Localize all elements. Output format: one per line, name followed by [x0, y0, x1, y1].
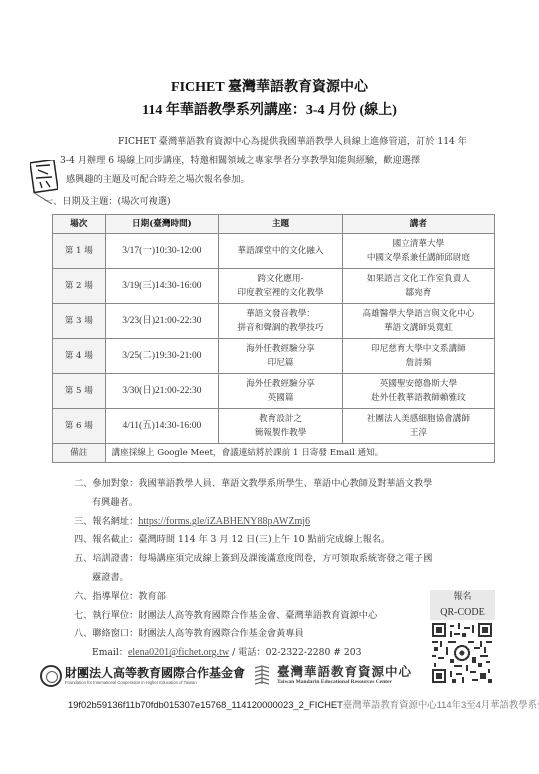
topic-cell: 華語文發音教學：拼音和聲調的教學技巧	[219, 304, 343, 339]
speaker-line: 如果語言文化工作室負責人	[345, 272, 492, 286]
col-header-date: 日期(臺灣時間)	[105, 215, 219, 234]
qr-label-line1: 報名	[430, 590, 495, 605]
speaker-line: 國立清華大學	[345, 237, 492, 251]
session-cell: 第 2 場	[53, 269, 106, 304]
note-row: 備註 講座採線上 Google Meet，會議連結將於課前 1 日寄發 Emai…	[53, 444, 495, 463]
session-cell: 第 5 場	[53, 374, 106, 409]
document-title: FICHET 臺灣華語教育資源中心	[0, 76, 539, 96]
speaker-line: 赴外任教華語教師賴雅玟	[345, 391, 492, 405]
topic-cell: 教育設計之簡報製作教學	[219, 409, 343, 444]
speaker-cell: 英國聖安德魯斯大學赴外任教華語教師賴雅玟	[342, 374, 494, 409]
topic-line: 教育設計之	[221, 412, 340, 426]
file-name-cjk: 臺灣華語教育資源中心114年3至4月華語教學系列	[343, 699, 539, 710]
topic-line: 海外任教經驗分享	[221, 342, 340, 356]
speaker-line: 鄒宛育	[345, 286, 492, 300]
email-label: Email：	[92, 647, 128, 658]
session-cell: 第 3 場	[53, 304, 106, 339]
speaker-cell: 高雄醫學大學語言與文化中心華語文講師吳寬虹	[342, 304, 494, 339]
info-participants: 二、參加對象：我國華語教學人員、華語文教學系所學生、華語中心教師及對華語文教學	[74, 475, 504, 494]
col-header-speaker: 講者	[342, 215, 494, 234]
speaker-line: 王淳	[345, 426, 492, 440]
phone-text: / 電話：02-2322-2280 # 203	[229, 647, 361, 658]
intro-line-2: 3-4 月辦理 6 場線上同步講座，特邀相關領域之專家學者分享教學知能與經驗，歡…	[60, 151, 485, 170]
speaker-cell: 如果語言文化工作室負責人鄒宛育	[342, 269, 494, 304]
speaker-cell: 印尼慈育大學中文系講師詹詩頻	[342, 339, 494, 374]
table-row: 第 3 場 3/23(日)21:00-22:30 華語文發音教學：拼音和聲調的教…	[53, 304, 495, 339]
col-header-topic: 主題	[219, 215, 343, 234]
speaker-line: 華語文講師吳寬虹	[345, 321, 492, 335]
topic-cell: 華語課堂中的文化融入	[219, 234, 343, 269]
info-certificate-cont: 靈證書。	[74, 569, 504, 588]
fichet-seal-icon	[40, 665, 62, 687]
qr-label-line2: QR-CODE	[430, 605, 495, 620]
note-text: 講座採線上 Google Meet，會議連結將於課前 1 日寄發 Email 通…	[105, 444, 494, 463]
session-cell: 第 6 場	[53, 409, 106, 444]
file-name-footer: 19f02b59136f11b70fdb015307e15768_1141200…	[68, 697, 539, 711]
session-cell: 第 4 場	[53, 339, 106, 374]
topic-cell: 海外任教經驗分享印尼篇	[219, 339, 343, 374]
intro-line-3: 感興趣的主題及可配合時差之場次報名參加。	[60, 170, 485, 189]
registration-url-label: 三、報名網址：	[74, 516, 138, 527]
table-row: 第 5 場 3/30(日)21:00-22:30 海外任教經驗分享英國篇 英國聖…	[53, 374, 495, 409]
document-subtitle: 114 年華語教學系列講座：3-4 月份 (線上)	[0, 99, 539, 119]
topic-line: 簡報製作教學	[221, 426, 340, 440]
topic-cell: 海外任教經驗分享英國篇	[219, 374, 343, 409]
tmerc-book-icon	[253, 664, 271, 686]
schedule-table: 場次 日期(臺灣時間) 主題 講者 第 1 場 3/17(一)10:30-12:…	[52, 214, 495, 463]
topic-line: 海外任教經驗分享	[221, 377, 340, 391]
topic-line: 跨文化應用-	[221, 272, 340, 286]
email-link[interactable]: elena0201@fichet.org.tw	[128, 647, 229, 658]
speaker-line: 高雄醫學大學語言與文化中心	[345, 307, 492, 321]
fichet-logo: 財團法人高等教育國際合作基金會 Foundation for Internati…	[40, 665, 245, 687]
tmerc-logo: 臺灣華語教育資源中心 Taiwan Mandarin Educational R…	[253, 664, 412, 686]
info-participants-cont: 有興趣者。	[74, 494, 504, 513]
date-cell: 4/11(五)14:30-16:00	[105, 409, 219, 444]
intro-line-1: FICHET 臺灣華語教育資源中心為提供我國華語教學人員線上進修管道，訂於 11…	[60, 132, 485, 151]
note-label: 備註	[53, 444, 106, 463]
session-cell: 第 1 場	[53, 234, 106, 269]
table-row: 第 2 場 3/19(三)14:30-16:00 跨文化應用-印度教室裡的文化教…	[53, 269, 495, 304]
topic-line: 拼音和聲調的教學技巧	[221, 321, 340, 335]
topic-line: 華語文發音教學：	[221, 307, 340, 321]
col-header-session: 場次	[53, 215, 106, 234]
intro-paragraph: FICHET 臺灣華語教育資源中心為提供我國華語教學人員線上進修管道，訂於 11…	[60, 132, 485, 189]
table-row: 第 4 場 3/25(二)19:30-21:00 海外任教經驗分享印尼篇 印尼慈…	[53, 339, 495, 374]
tmerc-name: 臺灣華語教育資源中心	[277, 665, 412, 679]
speaker-line: 英國聖安德魯斯大學	[345, 377, 492, 391]
speaker-line: 詹詩頻	[345, 356, 492, 370]
registration-link[interactable]: https://forms.gle/iZABHENY88pAWZmj6	[138, 516, 310, 527]
speaker-cell: 社團法人美感細胞協會講師王淳	[342, 409, 494, 444]
tmerc-name-en: Taiwan Mandarin Educational Resources Ce…	[277, 679, 412, 685]
speaker-line: 社團法人美感細胞協會講師	[345, 412, 492, 426]
topic-line: 印尼篇	[221, 356, 340, 370]
topic-line: 英國篇	[221, 391, 340, 405]
date-cell: 3/30(日)21:00-22:30	[105, 374, 219, 409]
speaker-cell: 國立清華大學中國文學系兼任講師邱尉庭	[342, 234, 494, 269]
section-dates-topics-label: 一、日期及主題：(場次可複選)	[44, 193, 171, 207]
speaker-line: 印尼慈育大學中文系講師	[345, 342, 492, 356]
info-certificate: 五、培訓證書：每場講座須完成線上簽到及課後滿意度問卷，方可領取系統寄發之電子國	[74, 550, 504, 569]
date-cell: 3/23(日)21:00-22:30	[105, 304, 219, 339]
date-cell: 3/19(三)14:30-16:00	[105, 269, 219, 304]
fichet-name-en: Foundation for International Cooperation…	[65, 680, 245, 685]
fichet-name: 財團法人高等教育國際合作基金會	[65, 667, 245, 680]
info-deadline: 四、報名截止：臺灣時間 114 年 3 月 12 日(三)上午 10 點前完成線…	[74, 531, 504, 550]
table-row: 第 6 場 4/11(五)14:30-16:00 教育設計之簡報製作教學 社團法…	[53, 409, 495, 444]
file-name-latin: 19f02b59136f11b70fdb015307e15768_1141200…	[68, 699, 343, 710]
qr-code-icon[interactable]	[432, 623, 492, 683]
info-registration-url: 三、報名網址：https://forms.gle/iZABHENY88pAWZm…	[74, 513, 504, 532]
table-header-row: 場次 日期(臺灣時間) 主題 講者	[53, 215, 495, 234]
date-cell: 3/25(二)19:30-21:00	[105, 339, 219, 374]
qr-label-box: 報名 QR-CODE	[430, 590, 495, 620]
table-row: 第 1 場 3/17(一)10:30-12:00 華語課堂中的文化融入 國立清華…	[53, 234, 495, 269]
speaker-line: 中國文學系兼任講師邱尉庭	[345, 251, 492, 265]
date-cell: 3/17(一)10:30-12:00	[105, 234, 219, 269]
topic-line: 印度教室裡的文化教學	[221, 286, 340, 300]
topic-line: 華語課堂中的文化融入	[221, 244, 340, 258]
topic-cell: 跨文化應用-印度教室裡的文化教學	[219, 269, 343, 304]
